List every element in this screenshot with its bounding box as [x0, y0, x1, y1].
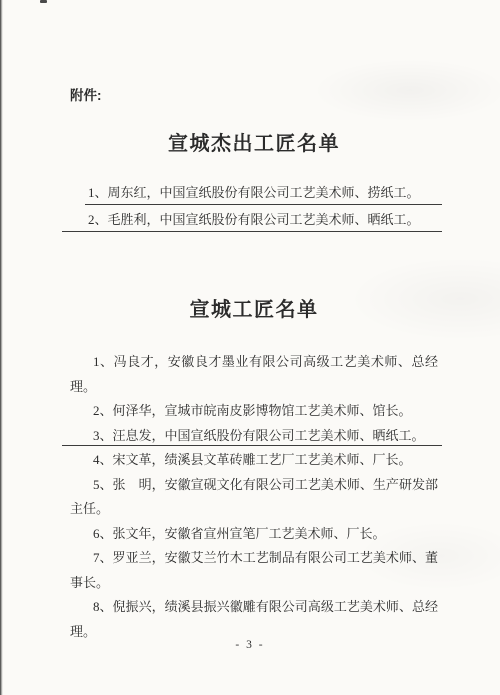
- document-content: 附件: 宣城杰出工匠名单 1、周东红，中国宣纸股份有限公司工艺美术师、捞纸工。 …: [70, 0, 438, 644]
- list-item-underlined: 3、汪息发，中国宣纸股份有限公司工艺美术师、晒纸工。: [70, 424, 438, 449]
- list-item-underlined: 1、周东红，中国宣纸股份有限公司工艺美术师、捞纸工。: [70, 179, 438, 206]
- section1-list: 1、周东红，中国宣纸股份有限公司工艺美术师、捞纸工。 2、毛胜利，中国宣纸股份有…: [70, 179, 438, 233]
- section2-title: 宣城工匠名单: [70, 298, 438, 322]
- list-item: 1、冯良才，安徽良才墨业有限公司高级工艺美术师、总经理。: [70, 350, 438, 399]
- list-item: 7、罗亚兰，安徽艾兰竹木工艺制品有限公司工艺美术师、董事长。: [70, 546, 438, 595]
- list-item: 2、何泽华，宣城市皖南皮影博物馆工艺美术师、馆长。: [70, 399, 438, 424]
- list-item: 4、宋文革，绩溪县文革砖雕工艺厂工艺美术师、厂长。: [70, 448, 438, 473]
- list-item: 5、张 明，安徽宣砚文化有限公司工艺美术师、生产研发部主任。: [70, 473, 438, 522]
- list-item: 6、张文年，安徽省宣州宣笔厂工艺美术师、厂长。: [70, 522, 438, 547]
- list-item: 8、倪振兴，绩溪县振兴徽雕有限公司高级工艺美术师、总经理。: [70, 595, 438, 644]
- scanned-document-page: 附件: 宣城杰出工匠名单 1、周东红，中国宣纸股份有限公司工艺美术师、捞纸工。 …: [0, 0, 500, 695]
- section1-title: 宣城杰出工匠名单: [70, 132, 438, 156]
- scan-speck-artifact: [40, 0, 47, 3]
- attachment-label: 附件:: [70, 86, 438, 106]
- section2-list: 1、冯良才，安徽良才墨业有限公司高级工艺美术师、总经理。 2、何泽华，宣城市皖南…: [70, 350, 438, 644]
- page-number: - 3 -: [0, 639, 500, 651]
- list-item-underlined: 2、毛胜利，中国宣纸股份有限公司工艺美术师、晒纸工。: [70, 206, 438, 233]
- scan-edge-artifact: [0, 0, 3, 695]
